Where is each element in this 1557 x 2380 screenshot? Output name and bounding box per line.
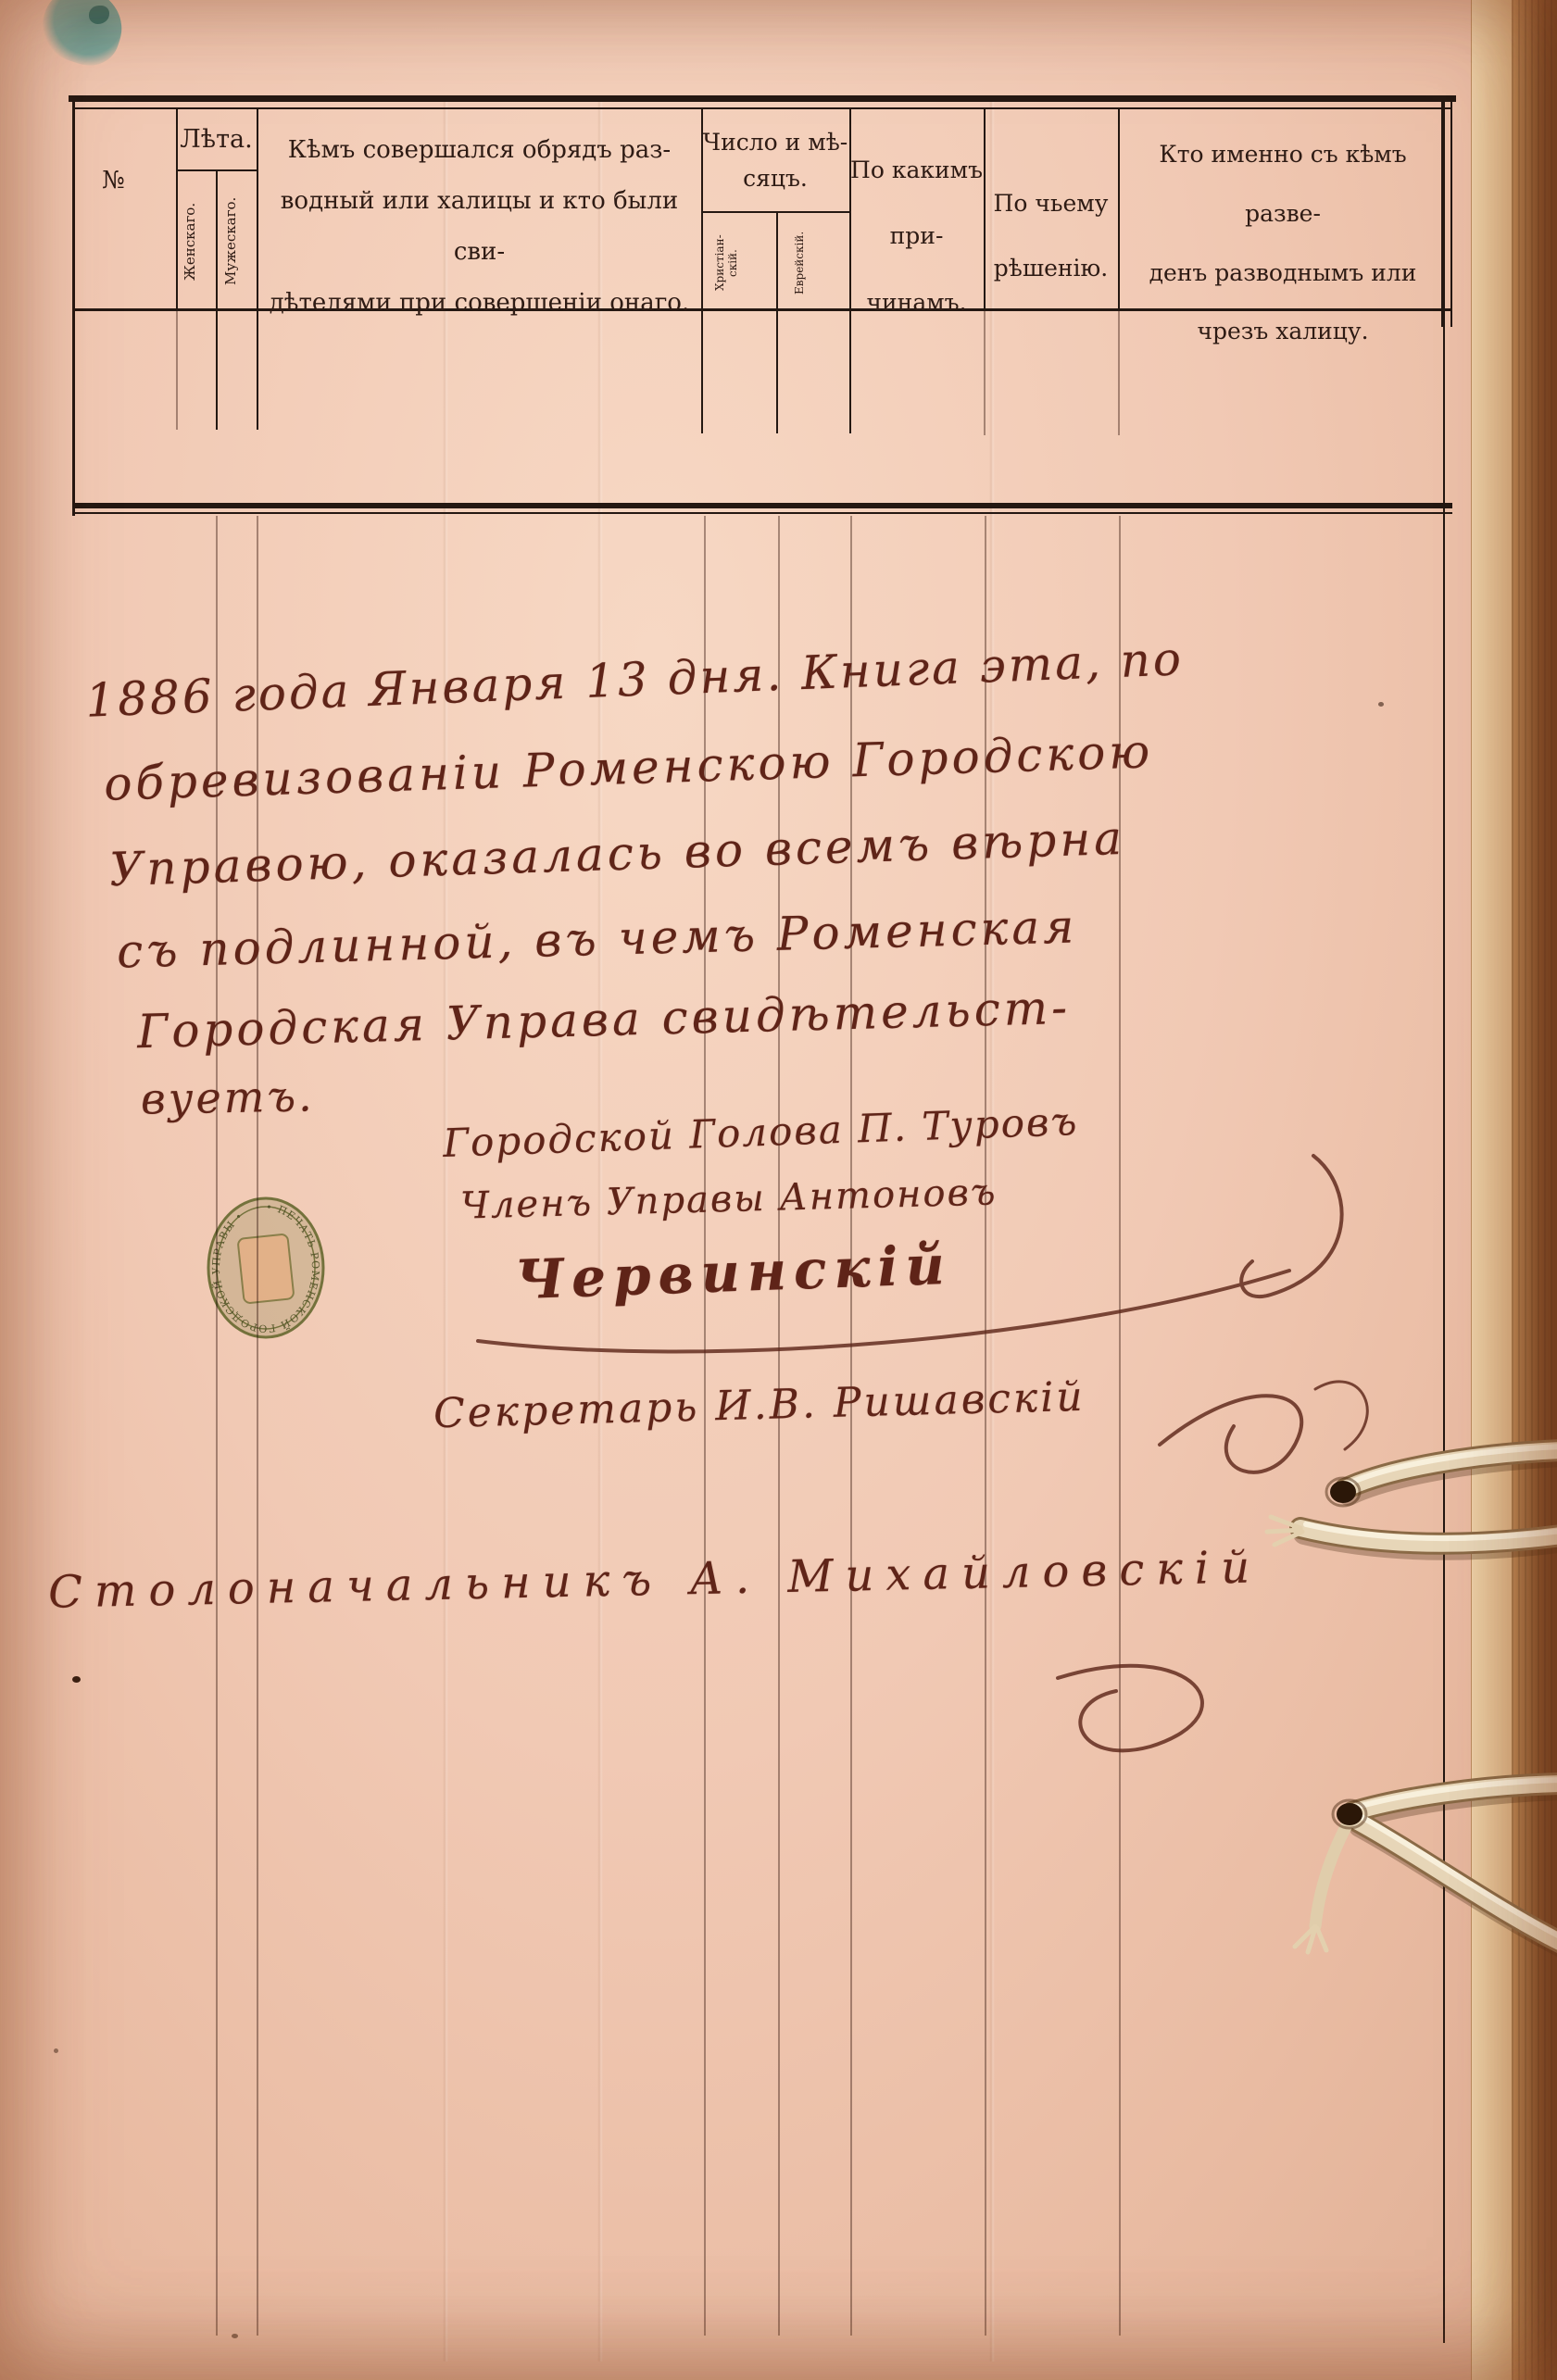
table-border-top xyxy=(69,95,1456,102)
column-line xyxy=(1119,516,1121,2336)
table-rule xyxy=(72,107,1452,109)
registry-scan-page: № Лѣта. Женскаго. Мужескаго. Кѣмъ соверш… xyxy=(0,0,1557,2380)
header-cell-date-jewish: Еврейскій. xyxy=(793,217,806,309)
table-rule xyxy=(72,503,1452,508)
table-rule xyxy=(176,311,178,430)
table-rule xyxy=(1118,311,1120,435)
manuscript-line: 1886 года Января 13 дня. Книга эта, по xyxy=(84,632,1185,727)
header-cell-years-female: Женскаго. xyxy=(182,174,198,308)
table-rule xyxy=(216,311,218,430)
paper-crease xyxy=(443,102,448,2361)
signature-mayor: Городской Голова П. Туровъ xyxy=(442,1098,1079,1166)
paper-crease xyxy=(989,102,995,2361)
ink-stain xyxy=(33,0,132,73)
cord-hole xyxy=(1330,1481,1356,1503)
manuscript-line: обревизованіи Роменскою Городскою xyxy=(103,724,1154,811)
table-rule xyxy=(1118,107,1120,311)
signature-clerk: Столоначальникъ А. Михайловскій xyxy=(48,1541,1262,1618)
manuscript-line: вуетъ. xyxy=(141,1071,316,1123)
cord-hole xyxy=(1337,1803,1362,1825)
table-rule xyxy=(72,512,1452,514)
header-cell-years-male: Мужескаго. xyxy=(222,174,239,308)
table-rule xyxy=(257,107,258,311)
header-cell-reasons: По какимъ при- чинамъ. xyxy=(849,137,984,335)
signature-member: Членъ Управы Антоновъ xyxy=(459,1171,998,1227)
header-cell-who: Кто именно съ кѣмъ разве- денъ разводным… xyxy=(1125,125,1440,361)
paper-crease xyxy=(597,102,603,2361)
signature-secretary: Секретарь И.В. Ришавскій xyxy=(433,1373,1086,1437)
table-border-right xyxy=(1441,95,1445,327)
book-edge xyxy=(1512,0,1557,2380)
table-rule xyxy=(984,311,986,435)
table-border-left xyxy=(72,95,75,516)
table-rule xyxy=(216,171,218,311)
signature-chervinsky: Червинскій xyxy=(514,1234,953,1311)
table-rule xyxy=(776,213,778,311)
header-cell-no: № xyxy=(82,167,195,194)
page-edge-stack xyxy=(1471,0,1513,2380)
ink-speck xyxy=(72,1676,81,1683)
table-rule xyxy=(776,311,778,433)
table-rule xyxy=(701,211,851,213)
column-line xyxy=(985,516,986,2336)
table-rule xyxy=(257,311,258,430)
ink-speck xyxy=(1378,702,1384,707)
ink-speck xyxy=(232,2334,238,2338)
table-rule xyxy=(1443,324,1445,2343)
manuscript-line: Управою, оказалась во всемъ вѣрна xyxy=(108,811,1125,896)
header-cell-date-christian: Христіан- скій. xyxy=(713,217,739,309)
manuscript-line: Городская Управа свидѣтельст- xyxy=(136,981,1071,1058)
header-cell-decision: По чьему рѣшенію. xyxy=(984,171,1118,301)
municipal-seal-stamp-icon: • ПЕЧАТЬ РОМЕНСКОЙ ГОРОДСКОЙ УПРАВЫ • xyxy=(206,1196,326,1340)
ink-speck xyxy=(54,2048,58,2053)
header-cell-date-title: Число и мѣ- сяцъ. xyxy=(701,125,849,197)
header-cell-years-title: Лѣта. xyxy=(176,125,257,154)
manuscript-line: съ подлинной, въ чемъ Роменская xyxy=(116,899,1078,978)
header-cell-officiant: Кѣмъ совершался обрядъ раз- водный или х… xyxy=(264,125,695,329)
table-rule xyxy=(1450,95,1452,327)
table-rule xyxy=(701,311,703,433)
